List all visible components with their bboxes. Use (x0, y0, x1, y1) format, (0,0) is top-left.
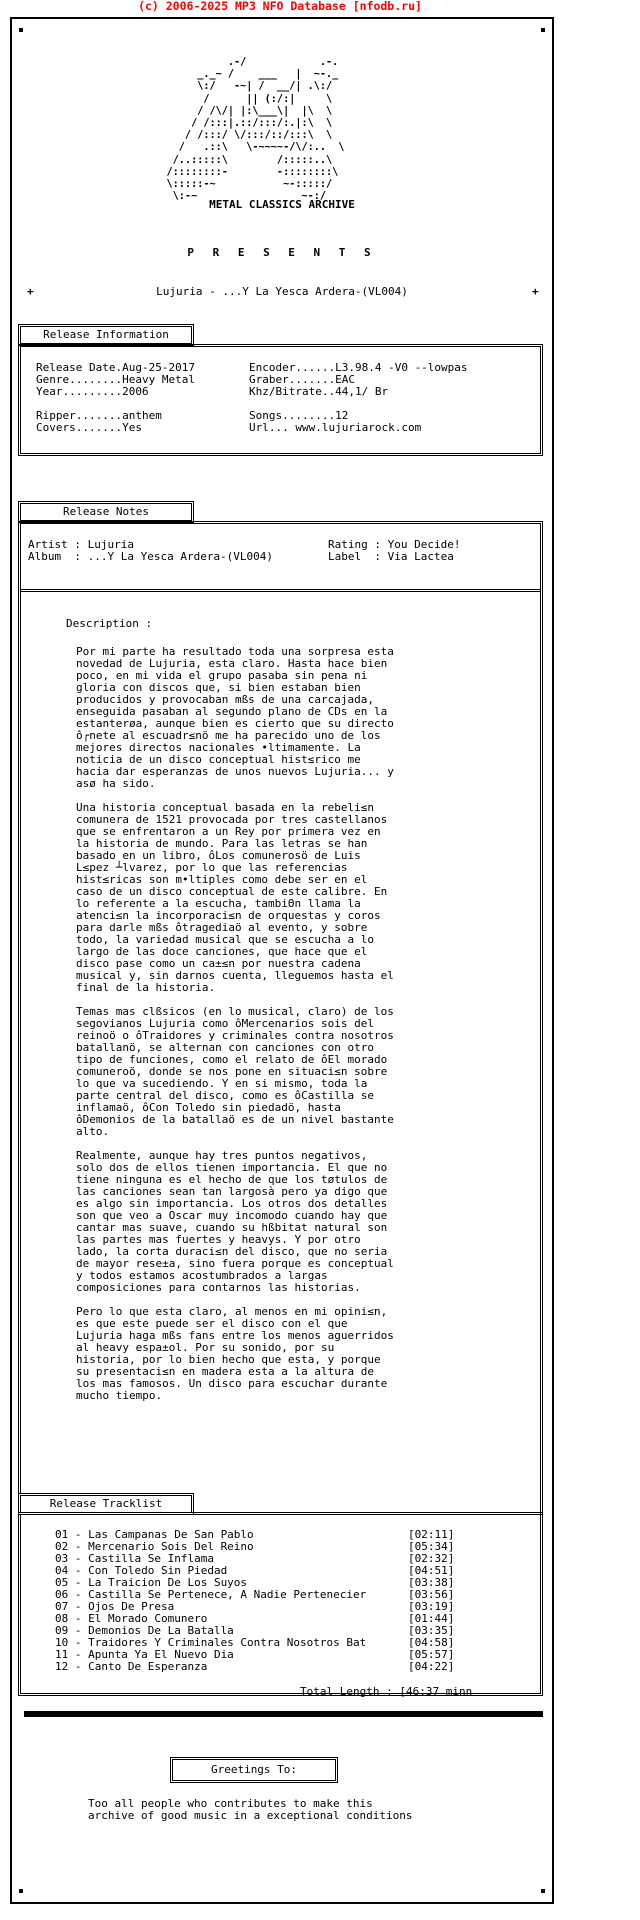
logo-ascii-art: .-/ .-. _._~ / ___ | ~-._ \:/ -~| / __/|… (142, 57, 344, 203)
logo-caption: METAL CLASSICS ARCHIVE (12, 199, 552, 211)
notes-divider (21, 589, 540, 592)
release-title: Lujuria - ...Y La Yesca Ardera-(VL004) (12, 286, 552, 298)
release-info-row: Covers.......Yes (36, 422, 195, 434)
track-length: [04:22] (408, 1661, 454, 1673)
plus-marker-icon: + (532, 286, 539, 298)
description-paragraph: Pero lo que esta claro, al menos en mi o… (76, 1306, 394, 1402)
corner-dot-icon (541, 1889, 545, 1893)
track-row: 12 - Canto De Esperanza[04:22] (55, 1661, 366, 1673)
release-notes-panel: Artist : Lujuria Album : ...Y La Yesca A… (18, 521, 543, 1696)
description-paragraph: Temas mas clßsicos (en lo musical, claro… (76, 1006, 394, 1138)
description-paragraph: Realmente, aunque hay tres puntos negati… (76, 1150, 394, 1294)
tracklist-top-rule (18, 1512, 543, 1515)
label-line: Label : Via Lactea (328, 551, 454, 563)
corner-dot-icon (541, 28, 545, 32)
tracklist: 01 - Las Campanas De San Pablo[02:11]02 … (55, 1529, 366, 1673)
copyright-banner: (c) 2006-2025 MP3 NFO Database [nfodb.ru… (0, 0, 560, 12)
release-info-key: Covers....... (36, 421, 122, 434)
release-info-row: Khz/Bitrate..44,1/ Br (249, 386, 468, 398)
release-info-key: Year......... (36, 385, 122, 398)
release-info-right-column: Encoder......L3.98.4 -V0 --lowpasGraber.… (249, 362, 468, 434)
release-info-key: Url... (249, 421, 295, 434)
corner-dot-icon (19, 1889, 23, 1893)
release-info-key: Khz/Bitrate.. (249, 385, 335, 398)
greetings-text: Too all people who contributes to make t… (88, 1798, 413, 1822)
total-length-value: [46:37 minn (399, 1685, 472, 1698)
description-heading: Description : (66, 618, 152, 630)
corner-dot-icon (19, 28, 23, 32)
tab-release-notes: Release Notes (18, 501, 194, 523)
release-info-left-column: Release Date.Aug-25-2017Genre........Hea… (36, 362, 195, 434)
release-info-row: Year.........2006 (36, 386, 195, 398)
description-paragraph: Por mi parte ha resultado toda una sorpr… (76, 646, 394, 790)
section-divider-bar (24, 1711, 543, 1717)
release-info-value: 2006 (122, 385, 149, 398)
release-info-value: 44,1/ Br (335, 385, 388, 398)
description-body: Por mi parte ha resultado toda una sorpr… (76, 646, 394, 1414)
description-paragraph: Una historia conceptual basada en la reb… (76, 802, 394, 994)
release-information-panel: Release Date.Aug-25-2017Genre........Hea… (18, 344, 543, 456)
track-title: 12 - Canto De Esperanza (55, 1660, 207, 1673)
release-info-value: Yes (122, 421, 142, 434)
tab-release-information: Release Information (18, 324, 194, 346)
release-info-value[interactable]: www.lujuriarock.com (295, 421, 421, 434)
album-value: ...Y La Yesca Ardera-(VL004) (88, 550, 273, 563)
greetings-heading: Greetings To: (170, 1757, 338, 1783)
album-line: Album : ...Y La Yesca Ardera-(VL004) (28, 551, 273, 563)
label-value: Via Lactea (388, 550, 454, 563)
release-info-row: Url... www.lujuriarock.com (249, 422, 468, 434)
nfo-frame: .-/ .-. _._~ / ___ | ~-._ \:/ -~| / __/|… (10, 17, 554, 1904)
total-length: Total Length : [46:37 minn (300, 1686, 472, 1698)
presents-heading: P R E S E N T S (12, 247, 552, 259)
